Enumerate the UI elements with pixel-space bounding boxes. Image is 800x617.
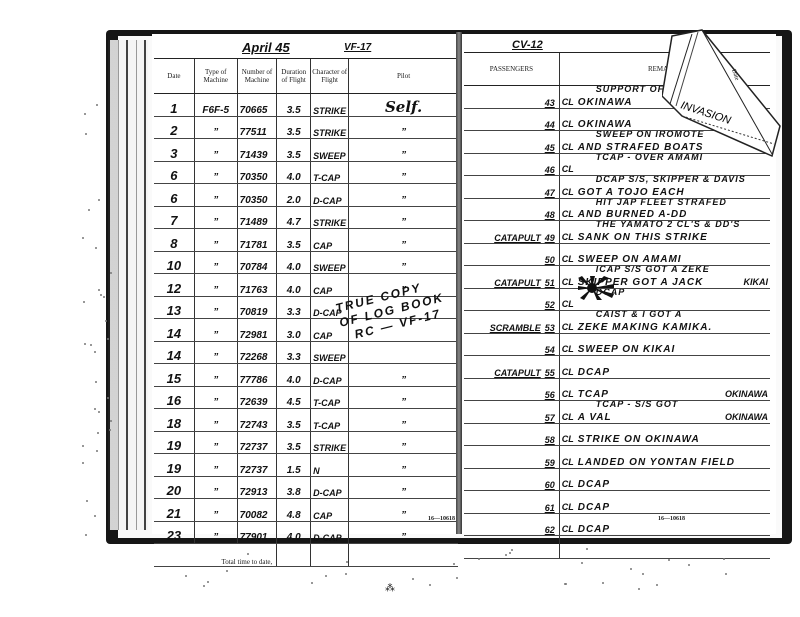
col-pilot: Pilot — [349, 59, 458, 94]
cell-character: SWEEP — [311, 341, 349, 364]
ship-class: CL — [562, 367, 578, 377]
scan-speck — [86, 500, 88, 502]
remarks-row: 47DCAP S/S, SKIPPER & DAVISCLGOT A TOJO … — [464, 176, 770, 199]
scan-speck — [453, 563, 455, 565]
month-header: April 45 — [242, 40, 290, 55]
cell-pilot: ” — [349, 431, 458, 454]
scan-speck — [83, 301, 85, 303]
scan-speck — [688, 564, 690, 566]
cell-duration: 4.0 — [277, 274, 311, 297]
flight-log-row: 8”717813.5CAP” — [154, 229, 458, 252]
cell-date: 18 — [154, 409, 194, 432]
left-page: April 45 VF-17 Date Type of Machine Numb… — [152, 34, 458, 534]
flight-log-row: 7”714894.7STRIKE” — [154, 206, 458, 229]
cell-pilot: ” — [349, 454, 458, 477]
ship-class: CL — [562, 457, 578, 467]
scan-speck — [207, 581, 209, 583]
cell-character: D-CAP — [311, 364, 349, 387]
cell-passenger: 44 — [464, 108, 559, 131]
cell-remarks: HIT JAP FLEET STRAFEDCLAND BURNED A-DD — [559, 198, 770, 221]
cell-pilot: ” — [349, 386, 458, 409]
remark-text: SWEEP ON AMAMI — [578, 254, 682, 265]
cell-remarks: DCAP S/S, SKIPPER & DAVISCLGOT A TOJO EA… — [559, 176, 770, 199]
flight-log-row: 1F6F-5706653.5STRIKESelf. — [154, 94, 458, 117]
cell-duration: 4.0 — [277, 364, 311, 387]
remark-text: LANDED ON YONTAN FIELD — [578, 457, 735, 468]
cell-type: ” — [194, 161, 237, 184]
cell-date: 20 — [154, 476, 194, 499]
cell-passenger: 45 — [464, 131, 559, 154]
flight-log-row: 10”707844.0SWEEP” — [154, 251, 458, 274]
cell-character: T-CAP — [311, 386, 349, 409]
cell-number: 72639 — [237, 386, 277, 409]
cell-type: ” — [194, 296, 237, 319]
cell-date: 23 — [154, 521, 194, 544]
cell-passenger: CATAPULT55 — [464, 356, 559, 379]
flight-log-row: 2”775113.5STRIKE” — [154, 116, 458, 139]
remarks-row: CATAPULT49THE YAMATO 2 CL'S & DD'SCLSANK… — [464, 221, 770, 244]
cell-passenger: 56 — [464, 378, 559, 401]
scan-speck — [84, 113, 86, 115]
remarks-row: 54CLSWEEP ON KIKAI — [464, 333, 770, 356]
cell-duration: 1.5 — [277, 454, 311, 477]
cell-date: 14 — [154, 319, 194, 342]
cell-character: D-CAP — [311, 476, 349, 499]
passenger-note: CATAPULT — [494, 233, 541, 243]
total-pilot — [349, 544, 458, 567]
cell-type: ” — [194, 364, 237, 387]
cell-passenger: CATAPULT49 — [464, 221, 559, 244]
remark-text: OKINAWA — [578, 97, 633, 108]
remarks-row: 59CLLANDED ON YONTAN FIELD — [464, 446, 770, 469]
remark-text: DCAP — [578, 367, 610, 378]
cell-date: 19 — [154, 431, 194, 454]
cell-remarks: TCAP - S/S GOTCLA VALOKINAWA — [559, 401, 770, 424]
remark-upper-line: CAIST & I GOT A — [596, 311, 683, 320]
cell-character: CAP — [311, 499, 349, 522]
flight-number: 47 — [545, 188, 555, 198]
cell-number: 70665 — [237, 94, 277, 117]
ship-class: CL — [562, 209, 578, 219]
flight-number: 45 — [545, 143, 555, 153]
cell-duration: 3.5 — [277, 409, 311, 432]
page-edges — [108, 40, 148, 530]
ship-class: CL — [562, 254, 578, 264]
cell-date: 16 — [154, 386, 194, 409]
ship-class: CL — [562, 232, 578, 242]
cell-passenger: SCRAMBLE53 — [464, 311, 559, 334]
remarks-row: 56CLTCAPOKINAWA — [464, 378, 770, 401]
scan-speck — [311, 582, 313, 584]
flight-number: 57 — [545, 413, 555, 423]
cell-date: 7 — [154, 206, 194, 229]
scan-speck — [725, 573, 727, 575]
cell-character: T-CAP — [311, 161, 349, 184]
cell-pilot: ” — [349, 206, 458, 229]
cell-date: 1 — [154, 94, 194, 117]
cell-remarks: CLDCAP — [559, 468, 770, 491]
passenger-note: CATAPULT — [494, 278, 541, 288]
cell-pilot: ” — [349, 476, 458, 499]
cell-number: 71781 — [237, 229, 277, 252]
flight-number: 56 — [545, 390, 555, 400]
scan-speck — [98, 411, 100, 413]
scan-speck — [82, 445, 84, 447]
cell-type: ” — [194, 409, 237, 432]
ship-class: CL — [562, 277, 578, 287]
cell-remarks: CLDCAP — [559, 491, 770, 514]
scan-speck — [505, 554, 507, 556]
cell-date: 12 — [154, 274, 194, 297]
flight-number: 52 — [545, 300, 555, 310]
cell-type: ” — [194, 431, 237, 454]
total-label: Total time to date, — [154, 544, 277, 567]
cell-character: CAP — [311, 274, 349, 297]
cell-duration: 3.8 — [277, 476, 311, 499]
cell-type: ” — [194, 206, 237, 229]
cell-number: 77901 — [237, 521, 277, 544]
remark-upper-line: SUPPORT OF — [596, 86, 664, 95]
cell-type: ” — [194, 476, 237, 499]
cell-type: ” — [194, 229, 237, 252]
flight-number: 53 — [545, 323, 555, 333]
scan-speck — [564, 583, 566, 585]
cell-character: STRIKE — [311, 94, 349, 117]
flight-log-row: 19”727373.5STRIKE” — [154, 431, 458, 454]
remark-text: ZEKE MAKING KAMIKA. — [578, 322, 713, 333]
cell-character: STRIKE — [311, 206, 349, 229]
scan-speck — [456, 577, 458, 579]
cell-pilot: ” — [349, 364, 458, 387]
cell-passenger: 43 — [464, 86, 559, 109]
scan-speck — [82, 462, 84, 464]
scan-speck — [325, 575, 327, 577]
scan-speck — [509, 552, 511, 554]
cell-type: F6F-5 — [194, 94, 237, 117]
ship-class: CL — [562, 97, 578, 107]
cell-type: ” — [194, 319, 237, 342]
remark-text: DCAP — [578, 502, 610, 513]
flight-log-header: Date Type of Machine Number of Machine D… — [154, 59, 458, 94]
flight-log-row: 6”703502.0D-CAP” — [154, 184, 458, 207]
remark-text: AND BURNED A-DD — [578, 209, 688, 220]
cell-character: D-CAP — [311, 184, 349, 207]
scan-speck — [95, 247, 97, 249]
cell-number: 72913 — [237, 476, 277, 499]
remarks-row: 61CLDCAP — [464, 491, 770, 514]
squadron-header: VF-17 — [344, 42, 371, 53]
remarks-row: 60CLDCAP — [464, 468, 770, 491]
col-number: Number of Machine — [237, 59, 277, 94]
scan-speck — [107, 338, 109, 340]
col-duration: Duration of Flight — [277, 59, 311, 94]
flight-number: 60 — [545, 480, 555, 490]
cell-passenger: 58 — [464, 423, 559, 446]
cell-remarks: CLDCAP — [559, 356, 770, 379]
flight-number: 51 — [545, 278, 555, 288]
cell-pilot: ” — [349, 116, 458, 139]
remark-text: SWEEP ON KIKAI — [578, 344, 676, 355]
cell-duration: 3.0 — [277, 319, 311, 342]
cell-character: SWEEP — [311, 139, 349, 162]
flight-log-row: 20”729133.8D-CAP” — [154, 476, 458, 499]
flight-log-row: 18”727433.5T-CAP” — [154, 409, 458, 432]
scan-speck — [226, 570, 228, 572]
cell-remarks: CLTCAPOKINAWA — [559, 378, 770, 401]
cell-type: ” — [194, 521, 237, 544]
passenger-note: SCRAMBLE — [490, 323, 541, 333]
total-character — [311, 544, 349, 567]
ship-class: CL — [562, 164, 578, 174]
cell-type: ” — [194, 454, 237, 477]
cell-number: 71489 — [237, 206, 277, 229]
scan-speck — [247, 553, 249, 555]
flight-number: 59 — [545, 458, 555, 468]
cell-remarks: CLSWEEP ON KIKAI — [559, 333, 770, 356]
remark-text: DCAP — [578, 479, 610, 490]
scan-speck — [103, 296, 105, 298]
remarks-row: 58CLSTRIKE ON OKINAWA — [464, 423, 770, 446]
col-character: Character of Flight — [311, 59, 349, 94]
scan-speck — [656, 584, 658, 586]
col-type: Type of Machine — [194, 59, 237, 94]
remark-upper-line: DCAP S/S, SKIPPER & DAVIS — [596, 176, 746, 185]
ship-class: CL — [562, 119, 578, 129]
scan-speck — [668, 559, 670, 561]
scan-speck — [94, 515, 96, 517]
cell-character: SWEEP — [311, 251, 349, 274]
remark-upper-line: THE YAMATO 2 CL'S & DD'S — [596, 221, 741, 230]
remarks-row: 50CLSWEEP ON AMAMI — [464, 243, 770, 266]
flight-log-row: 23”779014.0D-CAP” — [154, 521, 458, 544]
cell-duration: 4.0 — [277, 521, 311, 544]
remarks-row: 62CLDCAP — [464, 513, 770, 536]
cell-date: 6 — [154, 161, 194, 184]
remarks-row: CATAPULT55CLDCAP — [464, 356, 770, 379]
cell-date: 2 — [154, 116, 194, 139]
ship-class: CL — [562, 344, 578, 354]
scan-artifact: ⁂ — [385, 583, 395, 594]
flight-log-row: 3”714393.5SWEEP” — [154, 139, 458, 162]
cell-date: 8 — [154, 229, 194, 252]
scan-speck — [96, 450, 98, 452]
cell-number: 72737 — [237, 454, 277, 477]
scan-speck — [346, 561, 348, 563]
scan-speck — [100, 294, 102, 296]
flight-number: 54 — [545, 345, 555, 355]
ship-header: CV-12 — [512, 39, 543, 51]
cell-character: T-CAP — [311, 409, 349, 432]
scan-speck — [478, 558, 480, 560]
remark-text: DCAP — [578, 524, 610, 535]
scan-speck — [581, 562, 583, 564]
scan-speck — [90, 344, 92, 346]
cell-number: 72743 — [237, 409, 277, 432]
scan-speck — [185, 575, 187, 577]
cell-duration: 2.0 — [277, 184, 311, 207]
cell-pilot: ” — [349, 251, 458, 274]
cell-character: CAP — [311, 229, 349, 252]
ship-class: CL — [562, 412, 578, 422]
scan-speck — [98, 199, 100, 201]
cell-passenger: 48 — [464, 198, 559, 221]
remark-location: OKINAWA — [725, 389, 768, 399]
flight-number: 48 — [545, 210, 555, 220]
scan-speck — [412, 578, 414, 580]
cell-type: ” — [194, 184, 237, 207]
scan-speck — [96, 104, 98, 106]
scan-speck — [94, 408, 96, 410]
cell-remarks: THE YAMATO 2 CL'S & DD'SCLSANK ON THIS S… — [559, 221, 770, 244]
col-passengers: PASSENGERS — [464, 53, 559, 86]
scan-speck — [88, 209, 90, 211]
cell-date: 6 — [154, 184, 194, 207]
cell-pilot — [349, 341, 458, 364]
remarks-blank-row — [464, 536, 770, 559]
scan-speck — [94, 351, 96, 353]
flight-log-row: 16”726394.5T-CAP” — [154, 386, 458, 409]
cell-number: 72737 — [237, 431, 277, 454]
cell-passenger: 46 — [464, 153, 559, 176]
flight-number: 58 — [545, 435, 555, 445]
flight-number: 44 — [545, 120, 555, 130]
scan-speck — [642, 573, 644, 575]
scan-speck — [85, 534, 87, 536]
cell-duration: 4.7 — [277, 206, 311, 229]
ship-class: CL — [562, 142, 578, 152]
cell-type: ” — [194, 341, 237, 364]
cell-remarks: CLSWEEP ON AMAMI — [559, 243, 770, 266]
cell-passenger: 57 — [464, 401, 559, 424]
flight-log-row: 15”777864.0D-CAP” — [154, 364, 458, 387]
flight-number: 49 — [545, 233, 555, 243]
ship-class: CL — [562, 434, 578, 444]
cell-duration: 4.0 — [277, 161, 311, 184]
cell-number: 70784 — [237, 251, 277, 274]
remark-location: OKINAWA — [725, 412, 768, 422]
cell-date: 19 — [154, 454, 194, 477]
cell-pilot: ” — [349, 139, 458, 162]
ship-class: CL — [562, 187, 578, 197]
cell-number: 70082 — [237, 499, 277, 522]
cell-character: D-CAP — [311, 521, 349, 544]
remark-upper-line: TCAP - S/S GOT — [596, 401, 679, 410]
cell-pilot: ” — [349, 184, 458, 207]
flight-number: 43 — [545, 98, 555, 108]
cell-number: 72981 — [237, 319, 277, 342]
flight-log-row: 19”727371.5N” — [154, 454, 458, 477]
flight-number: 61 — [545, 503, 555, 513]
cell-duration: 3.5 — [277, 431, 311, 454]
cell-remarks: CLLANDED ON YONTAN FIELD — [559, 446, 770, 469]
form-number-right: 16—10618 — [658, 516, 685, 522]
cell-type: ” — [194, 116, 237, 139]
folded-insert-paper: INVASION Date — [662, 26, 782, 166]
flight-number: 50 — [545, 255, 555, 265]
scan-speck — [602, 582, 604, 584]
cell-number: 71439 — [237, 139, 277, 162]
remarks-row: SCRAMBLE53CAIST & I GOT ACLZEKE MAKING K… — [464, 311, 770, 334]
cell-date: 21 — [154, 499, 194, 522]
cell-passenger: 50 — [464, 243, 559, 266]
cell-date: 13 — [154, 296, 194, 319]
scan-speck — [203, 585, 205, 587]
remark-text: GOT A TOJO EACH — [578, 187, 685, 198]
cell-duration: 3.5 — [277, 229, 311, 252]
cell-passenger: 60 — [464, 468, 559, 491]
cell-number: 70350 — [237, 161, 277, 184]
cell-number: 70350 — [237, 184, 277, 207]
cell-duration: 4.0 — [277, 251, 311, 274]
remark-upper-line: ICAP S/S GOT A ZEKE — [596, 266, 710, 275]
scan-speck — [82, 237, 84, 239]
cell-remarks: CLSTRIKE ON OKINAWA — [559, 423, 770, 446]
cell-passenger: 59 — [464, 446, 559, 469]
cell-pilot: ” — [349, 161, 458, 184]
cell-number: 77511 — [237, 116, 277, 139]
rising-sun-flag-icon — [578, 276, 614, 300]
form-number-left: 16—10618 — [428, 516, 455, 522]
ship-class: CL — [562, 322, 578, 332]
cell-passenger: 47 — [464, 176, 559, 199]
scan-speck — [95, 381, 97, 383]
cell-duration: 3.5 — [277, 94, 311, 117]
cell-number: 70819 — [237, 296, 277, 319]
ship-class: CL — [562, 389, 578, 399]
flight-log-row: 21”700824.8CAP” — [154, 499, 458, 522]
cell-type: ” — [194, 499, 237, 522]
remark-text: TCAP — [578, 389, 609, 400]
cell-date: 14 — [154, 341, 194, 364]
remark-text: A VAL — [578, 412, 612, 423]
cell-passenger: 54 — [464, 333, 559, 356]
remarks-row: 52DCAPCL — [464, 288, 770, 311]
cell-passenger: CATAPULT51 — [464, 266, 559, 289]
scan-speck — [84, 343, 86, 345]
cell-duration: 3.3 — [277, 296, 311, 319]
ship-class: CL — [562, 502, 578, 512]
scan-speck — [630, 568, 632, 570]
scan-speck — [638, 588, 640, 590]
remarks-row: 48HIT JAP FLEET STRAFEDCLAND BURNED A-DD — [464, 198, 770, 221]
cell-duration: 4.8 — [277, 499, 311, 522]
passenger-note: CATAPULT — [494, 368, 541, 378]
scan-speck — [429, 584, 431, 586]
cell-duration: 3.5 — [277, 139, 311, 162]
cell-date: 15 — [154, 364, 194, 387]
cell-type: ” — [194, 251, 237, 274]
cell-character: STRIKE — [311, 431, 349, 454]
remarks-row: CATAPULT51ICAP S/S GOT A ZEKECLSKIPPER G… — [464, 266, 770, 289]
flight-log-row: 14”722683.3SWEEP — [154, 341, 458, 364]
flight-log-row: 6”703504.0T-CAP” — [154, 161, 458, 184]
cell-pilot: ” — [349, 521, 458, 544]
remark-text: STRIKE ON OKINAWA — [578, 434, 700, 445]
remarks-row: 57TCAP - S/S GOTCLA VALOKINAWA — [464, 401, 770, 424]
cell-duration: 3.3 — [277, 341, 311, 364]
ship-class: CL — [562, 524, 578, 534]
cell-type: ” — [194, 139, 237, 162]
flight-number: 46 — [545, 165, 555, 175]
cell-passenger: 62 — [464, 513, 559, 536]
cell-number: 77786 — [237, 364, 277, 387]
col-date: Date — [154, 59, 194, 94]
remark-text: SANK ON THIS STRIKE — [578, 232, 708, 243]
cell-number: 71763 — [237, 274, 277, 297]
cell-date: 3 — [154, 139, 194, 162]
cell-type: ” — [194, 386, 237, 409]
cell-type: ” — [194, 274, 237, 297]
